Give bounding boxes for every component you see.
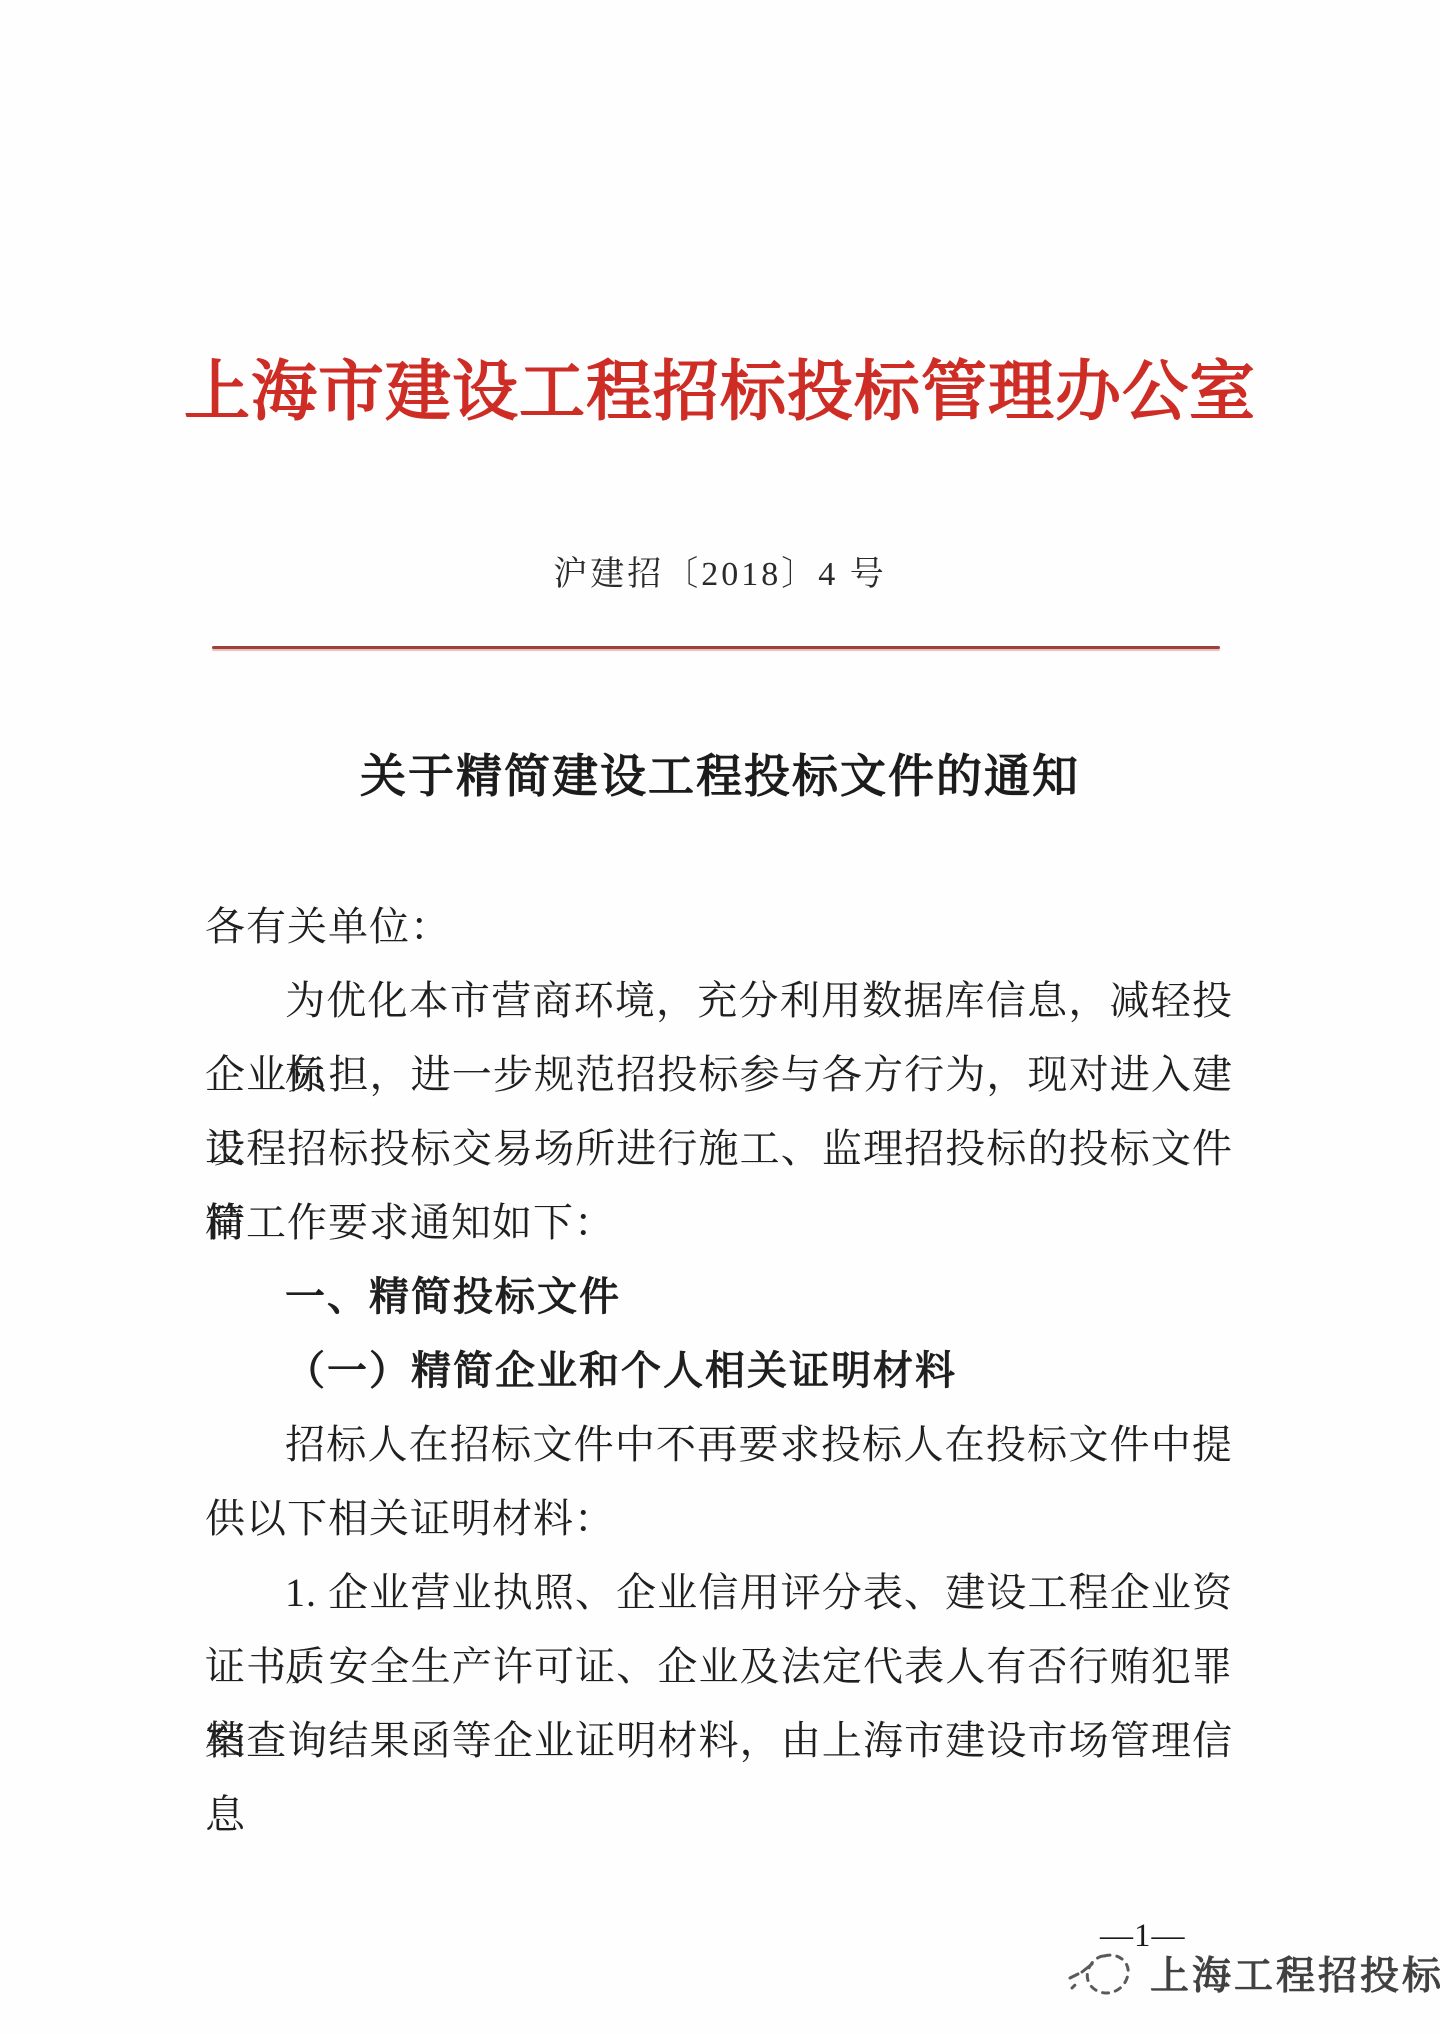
body-line: 案查询结果函等企业证明材料，由上海市建设市场管理信息 [205, 1704, 1233, 1778]
section-heading: 一、精简投标文件 [205, 1260, 1233, 1334]
body-line: 为优化本市营商环境，充分利用数据库信息，减轻投标 [205, 964, 1233, 1038]
body-line: 供以下相关证明材料： [205, 1482, 1233, 1556]
body-line: 证书、安全生产许可证、企业及法定代表人有否行贿犯罪档 [205, 1630, 1233, 1704]
red-divider-line [212, 646, 1220, 649]
body-line: 1. 企业营业执照、企业信用评分表、建设工程企业资质 [205, 1556, 1233, 1630]
page-footer: —1— 上海工程招投标 [0, 1910, 1440, 2034]
official-document-page: 上海市建设工程招标投标管理办公室 沪建招〔2018〕4 号 关于精简建设工程投标… [0, 0, 1440, 2034]
body-line: 各有关单位： [205, 890, 1233, 964]
body-line: 工程招标投标交易场所进行施工、监理招投标的投标文件精 [205, 1112, 1233, 1186]
watermark-logo-text: 上海工程招投标 [1150, 1945, 1440, 2001]
document-reference-number: 沪建招〔2018〕4 号 [0, 546, 1440, 595]
subsection-heading: （一）精简企业和个人相关证明材料 [205, 1334, 1233, 1408]
watermark-logo: 上海工程招投标 [1062, 1944, 1440, 2002]
body-line: 简工作要求通知如下： [205, 1186, 1233, 1260]
issuing-authority-title: 上海市建设工程招标投标管理办公室 [0, 338, 1440, 433]
notice-title: 关于精简建设工程投标文件的通知 [0, 740, 1440, 806]
scribble-circle-icon [1062, 1944, 1150, 2002]
body-line: 企业负担，进一步规范招投标参与各方行为，现对进入建设 [205, 1038, 1233, 1112]
body-line: 招标人在招标文件中不再要求投标人在投标文件中提 [205, 1408, 1233, 1482]
document-body: 各有关单位： 为优化本市营商环境，充分利用数据库信息，减轻投标 企业负担，进一步… [205, 890, 1233, 1778]
